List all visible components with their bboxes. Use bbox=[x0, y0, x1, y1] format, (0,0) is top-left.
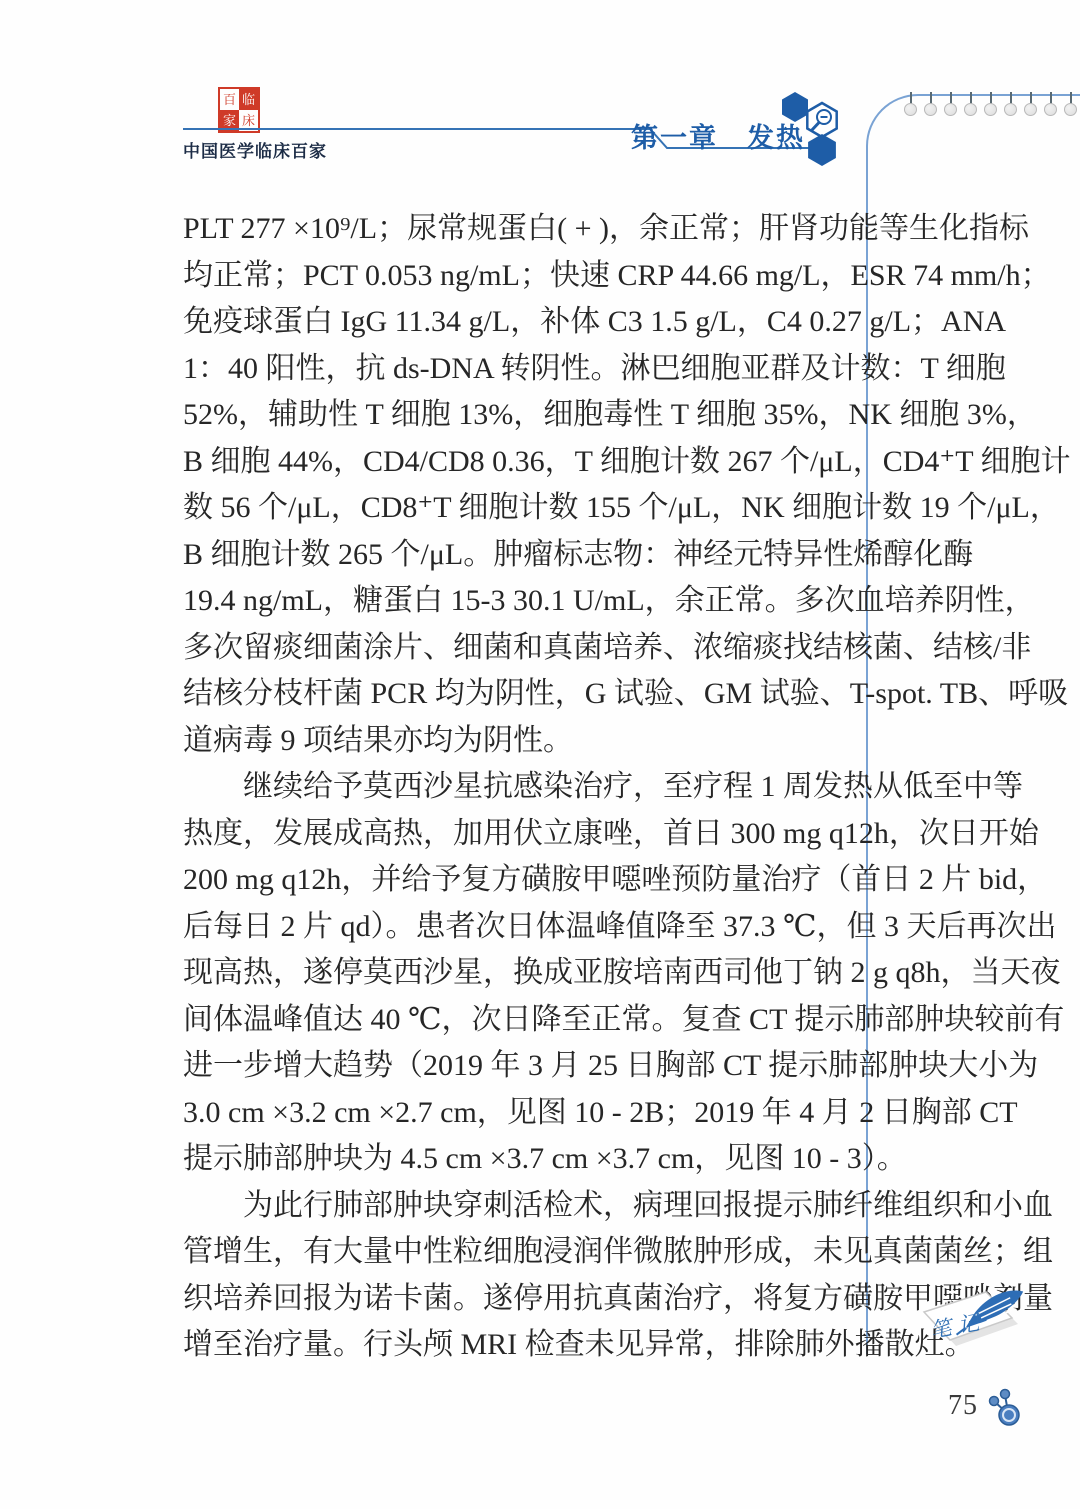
text-line: 继续给予莫西沙星抗感染治疗，至疗程 1 周发热从低至中等 bbox=[183, 764, 856, 811]
text-line: 现高热，遂停莫西沙星，换成亚胺培南西司他丁钠 2 g q8h，当天夜 bbox=[183, 950, 856, 997]
publisher-seal-logo: 百 临 家 床 bbox=[218, 87, 260, 133]
seal-char: 百 bbox=[220, 89, 239, 110]
text-line: 结核分枝杆菌 PCR 均为阴性，G 试验、GM 试验、T-spot. TB、呼吸 bbox=[183, 671, 856, 718]
chapter-title: 第一章 发热 bbox=[580, 116, 805, 155]
page-number: 75 bbox=[948, 1390, 978, 1422]
text-line: 间体温峰值达 40 ℃，次日降至正常。复查 CT 提示肺部肿块较前有 bbox=[183, 997, 856, 1044]
text-line: B 细胞计数 265 个/μL。肿瘤标志物：神经元特异性烯醇化酶 bbox=[183, 532, 856, 579]
text-line: 200 mg q12h，并给予复方磺胺甲噁唑预防量治疗（首日 2 片 bid， bbox=[183, 857, 856, 904]
article-text: PLT 277 ×10⁹/L；尿常规蛋白( + )，余正常；肝肾功能等生化指标均… bbox=[183, 206, 856, 1369]
seal-char: 床 bbox=[239, 110, 258, 131]
text-line: 后每日 2 片 qd）。患者次日体温峰值降至 37.3 ℃，但 3 天后再次出 bbox=[183, 904, 856, 951]
text-line: 3.0 cm ×3.2 cm ×2.7 cm，见图 10 - 2B；2019 年… bbox=[183, 1090, 856, 1137]
text-line: 管增生，有大量中性粒细胞浸润伴微脓肿形成，未见真菌菌丝；组 bbox=[183, 1229, 856, 1276]
text-line: 多次留痰细菌涂片、细菌和真菌培养、浓缩痰找结核菌、结核/非 bbox=[183, 625, 856, 672]
molecule-icon bbox=[984, 1386, 1022, 1428]
text-line: 织培养回报为诺卡菌。遂停用抗真菌治疗，将复方磺胺甲噁唑剂量 bbox=[183, 1276, 856, 1323]
text-line: 进一步增大趋势（2019 年 3 月 25 日胸部 CT 提示肺部肿块大小为 bbox=[183, 1043, 856, 1090]
text-line: 19.4 ng/mL，糖蛋白 15-3 30.1 U/mL，余正常。多次血培养阴… bbox=[183, 578, 856, 625]
notes-quill-badge: 笔记 bbox=[908, 1284, 1038, 1370]
text-line: 52%，辅助性 T 细胞 13%，细胞毒性 T 细胞 35%，NK 细胞 3%， bbox=[183, 392, 856, 439]
seal-char: 家 bbox=[220, 110, 239, 131]
text-line: 均正常；PCT 0.053 ng/mL；快速 CRP 44.66 mg/L，ES… bbox=[183, 253, 856, 300]
text-line: 增至治疗量。行头颅 MRI 检查未见异常，排除肺外播散灶。 bbox=[183, 1322, 856, 1369]
text-line: 数 56 个/μL，CD8⁺T 细胞计数 155 个/μL，NK 细胞计数 19… bbox=[183, 485, 856, 532]
text-line: 热度，发展成高热，加用伏立康唑，首日 300 mg q12h，次日开始 bbox=[183, 811, 856, 858]
text-line: 1：40 阳性，抗 ds-DNA 转阴性。淋巴细胞亚群及计数：T 细胞 bbox=[183, 346, 856, 393]
text-line: 提示肺部肿块为 4.5 cm ×3.7 cm ×3.7 cm，见图 10 - 3… bbox=[183, 1136, 856, 1183]
hexagon-magnifier-icon bbox=[777, 90, 843, 168]
brand-title: 中国医学临床百家 bbox=[183, 137, 327, 162]
text-line: 为此行肺部肿块穿刺活检术，病理回报提示肺纤维组织和小血 bbox=[183, 1183, 856, 1230]
text-line: 免疫球蛋白 IgG 11.34 g/L，补体 C3 1.5 g/L，C4 0.2… bbox=[183, 299, 856, 346]
book-page: 百 临 家 床 中国医学临床百家 第一章 发热 PLT 277 ×10⁹/L；尿… bbox=[0, 0, 1080, 1509]
page-footer: 75 bbox=[948, 1386, 1022, 1428]
seal-char: 临 bbox=[239, 89, 258, 110]
text-line: B 细胞 44%，CD4/CD8 0.36，T 细胞计数 267 个/μL，CD… bbox=[183, 439, 856, 486]
text-line: PLT 277 ×10⁹/L；尿常规蛋白( + )，余正常；肝肾功能等生化指标 bbox=[183, 206, 856, 253]
text-line: 道病毒 9 项结果亦均为阴性。 bbox=[183, 718, 856, 765]
